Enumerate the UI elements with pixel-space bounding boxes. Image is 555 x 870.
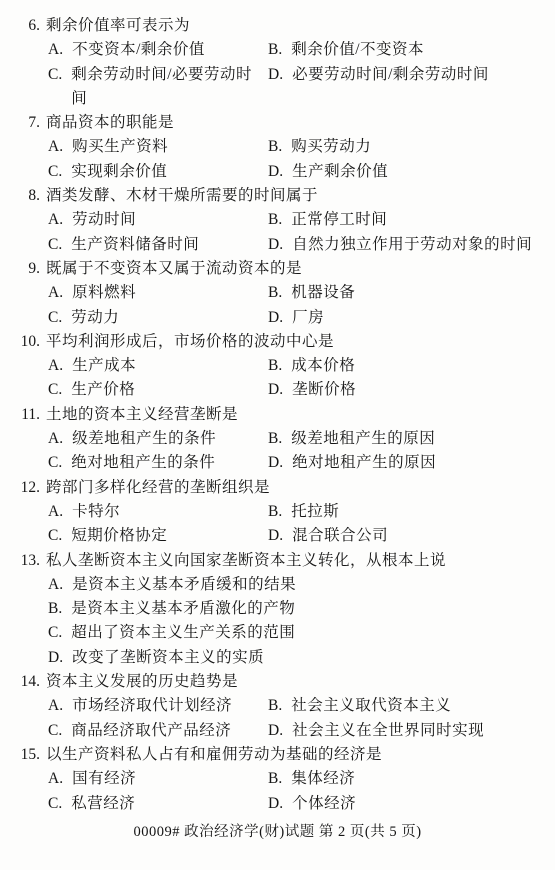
option-item: A.是资本主义基本矛盾缓和的结果 bbox=[48, 573, 555, 597]
option-item: A.国有经济 bbox=[48, 767, 268, 791]
option-label: B. bbox=[268, 135, 282, 159]
option-text: 机器设备 bbox=[291, 281, 355, 305]
option-item: D.个体经济 bbox=[268, 792, 555, 816]
option-text: 混合联合公司 bbox=[292, 524, 388, 548]
option-item: C.实现剩余价值 bbox=[48, 160, 268, 184]
question-head: 13.私人垄断资本主义向国家垄断资本主义转化，从根本上说 bbox=[0, 549, 555, 573]
option-text: 原料燃料 bbox=[72, 281, 136, 305]
option-text: 购买生产资料 bbox=[72, 135, 168, 159]
option-label: B. bbox=[268, 767, 282, 791]
option-group: A.国有经济B.集体经济C.私营经济D.个体经济 bbox=[48, 767, 555, 816]
option-item: C.超出了资本主义生产关系的范围 bbox=[48, 621, 555, 645]
option-text: 生产成本 bbox=[72, 354, 136, 378]
option-text: 自然力独立作用于劳动对象的时间 bbox=[292, 233, 532, 257]
option-item: D.社会主义在全世界同时实现 bbox=[268, 719, 555, 743]
option-item: D.生产剩余价值 bbox=[268, 160, 555, 184]
option-label: D. bbox=[268, 792, 283, 816]
option-text: 正常停工时间 bbox=[291, 208, 387, 232]
option-item: A.卡特尔 bbox=[48, 500, 268, 524]
option-group: A.原料燃料B.机器设备C.劳动力D.厂房 bbox=[48, 281, 555, 330]
option-item: B.剩余价值/不变资本 bbox=[268, 38, 555, 62]
question-head: 10.平均利润形成后，市场价格的波动中心是 bbox=[0, 330, 555, 354]
option-label: D. bbox=[268, 378, 283, 402]
option-label: C. bbox=[48, 451, 62, 475]
question-number: 8. bbox=[0, 184, 46, 208]
option-text: 托拉斯 bbox=[291, 500, 339, 524]
option-item: A.级差地租产生的条件 bbox=[48, 427, 268, 451]
option-label: A. bbox=[48, 38, 63, 62]
option-item: C.短期价格协定 bbox=[48, 524, 268, 548]
option-group: A.购买生产资料B.购买劳动力C.实现剩余价值D.生产剩余价值 bbox=[48, 135, 555, 184]
option-text: 商品经济取代产品经济 bbox=[71, 719, 231, 743]
option-text: 实现剩余价值 bbox=[71, 160, 167, 184]
option-text: 社会主义取代资本主义 bbox=[291, 694, 451, 718]
option-text: 绝对地租产生的原因 bbox=[292, 451, 436, 475]
question-list: 6.剩余价值率可表示为A.不变资本/剩余价值B.剩余价值/不变资本C.剩余劳动时… bbox=[0, 14, 555, 816]
option-text: 卡特尔 bbox=[72, 500, 120, 524]
option-label: C. bbox=[48, 378, 62, 402]
option-label: B. bbox=[268, 427, 282, 451]
option-label: D. bbox=[268, 719, 283, 743]
question-head: 14.资本主义发展的历史趋势是 bbox=[0, 670, 555, 694]
option-label: D. bbox=[268, 306, 283, 330]
question-stem: 剩余价值率可表示为 bbox=[46, 14, 555, 38]
option-group: A.级差地租产生的条件B.级差地租产生的原因C.绝对地租产生的条件D.绝对地租产… bbox=[48, 427, 555, 476]
option-text: 国有经济 bbox=[72, 767, 136, 791]
option-label: A. bbox=[48, 354, 63, 378]
option-text: 垄断价格 bbox=[292, 378, 356, 402]
question-head: 8.酒类发酵、木材干燥所需要的时间属于 bbox=[0, 184, 555, 208]
option-item: C.劳动力 bbox=[48, 306, 268, 330]
option-group: A.生产成本B.成本价格C.生产价格D.垄断价格 bbox=[48, 354, 555, 403]
question-head: 7.商品资本的职能是 bbox=[0, 111, 555, 135]
option-label: B. bbox=[268, 500, 282, 524]
question-number: 12. bbox=[0, 476, 46, 500]
option-item: A.市场经济取代计划经济 bbox=[48, 694, 268, 718]
exam-page: 6.剩余价值率可表示为A.不变资本/剩余价值B.剩余价值/不变资本C.剩余劳动时… bbox=[0, 14, 555, 816]
question-number: 7. bbox=[0, 111, 46, 135]
option-text: 剩余价值/不变资本 bbox=[291, 38, 424, 62]
option-text: 级差地租产生的条件 bbox=[72, 427, 216, 451]
option-item: A.生产成本 bbox=[48, 354, 268, 378]
question-stem: 以生产资料私人占有和雇佣劳动为基础的经济是 bbox=[46, 743, 555, 767]
question-head: 15.以生产资料私人占有和雇佣劳动为基础的经济是 bbox=[0, 743, 555, 767]
option-label: B. bbox=[268, 354, 282, 378]
option-item: A.不变资本/剩余价值 bbox=[48, 38, 268, 62]
question-stem: 既属于不变资本又属于流动资本的是 bbox=[46, 257, 555, 281]
option-label: C. bbox=[48, 524, 62, 548]
option-item: B.集体经济 bbox=[268, 767, 555, 791]
question-number: 11. bbox=[0, 403, 46, 427]
question-number: 13. bbox=[0, 549, 46, 573]
question-block: 7.商品资本的职能是A.购买生产资料B.购买劳动力C.实现剩余价值D.生产剩余价… bbox=[0, 111, 555, 184]
option-item: D.厂房 bbox=[268, 306, 555, 330]
option-text: 劳动时间 bbox=[72, 208, 136, 232]
option-item: C.生产价格 bbox=[48, 378, 268, 402]
option-text: 私营经济 bbox=[71, 792, 135, 816]
option-item: D.自然力独立作用于劳动对象的时间 bbox=[268, 233, 555, 257]
question-block: 10.平均利润形成后，市场价格的波动中心是A.生产成本B.成本价格C.生产价格D… bbox=[0, 330, 555, 403]
option-item: B.成本价格 bbox=[268, 354, 555, 378]
option-text: 生产资料储备时间 bbox=[71, 233, 199, 257]
question-head: 12.跨部门多样化经营的垄断组织是 bbox=[0, 476, 555, 500]
question-block: 14.资本主义发展的历史趋势是A.市场经济取代计划经济B.社会主义取代资本主义C… bbox=[0, 670, 555, 743]
option-item: C.商品经济取代产品经济 bbox=[48, 719, 268, 743]
question-head: 9.既属于不变资本又属于流动资本的是 bbox=[0, 257, 555, 281]
question-stem: 商品资本的职能是 bbox=[46, 111, 555, 135]
option-item: A.购买生产资料 bbox=[48, 135, 268, 159]
option-text: 必要劳动时间/剩余劳动时间 bbox=[292, 63, 489, 87]
option-label: D. bbox=[268, 160, 283, 184]
option-item: C.绝对地租产生的条件 bbox=[48, 451, 268, 475]
option-text: 生产剩余价值 bbox=[292, 160, 388, 184]
question-stem: 平均利润形成后，市场价格的波动中心是 bbox=[46, 330, 555, 354]
option-item: C.生产资料储备时间 bbox=[48, 233, 268, 257]
question-number: 6. bbox=[0, 14, 46, 38]
option-label: C. bbox=[48, 306, 62, 330]
question-block: 6.剩余价值率可表示为A.不变资本/剩余价值B.剩余价值/不变资本C.剩余劳动时… bbox=[0, 14, 555, 111]
option-label: A. bbox=[48, 208, 63, 232]
question-stem: 跨部门多样化经营的垄断组织是 bbox=[46, 476, 555, 500]
option-item: B.购买劳动力 bbox=[268, 135, 555, 159]
question-block: 11.土地的资本主义经营垄断是A.级差地租产生的条件B.级差地租产生的原因C.绝… bbox=[0, 403, 555, 476]
option-text: 社会主义在全世界同时实现 bbox=[292, 719, 484, 743]
option-item: D.绝对地租产生的原因 bbox=[268, 451, 555, 475]
option-label: C. bbox=[48, 160, 62, 184]
option-text: 个体经济 bbox=[292, 792, 356, 816]
question-number: 9. bbox=[0, 257, 46, 281]
option-label: D. bbox=[268, 233, 283, 257]
question-number: 14. bbox=[0, 670, 46, 694]
page-footer: 00009# 政治经济学(财)试题 第 2 页(共 5 页) bbox=[0, 820, 555, 841]
option-text: 市场经济取代计划经济 bbox=[72, 694, 232, 718]
option-label: C. bbox=[48, 621, 62, 645]
option-item: B.社会主义取代资本主义 bbox=[268, 694, 555, 718]
option-item: B.级差地租产生的原因 bbox=[268, 427, 555, 451]
question-block: 9.既属于不变资本又属于流动资本的是A.原料燃料B.机器设备C.劳动力D.厂房 bbox=[0, 257, 555, 330]
option-item: C.私营经济 bbox=[48, 792, 268, 816]
option-item: D.垄断价格 bbox=[268, 378, 555, 402]
question-number: 15. bbox=[0, 743, 46, 767]
option-label: C. bbox=[48, 233, 62, 257]
option-item: D.改变了垄断资本主义的实质 bbox=[48, 646, 555, 670]
option-text: 短期价格协定 bbox=[71, 524, 167, 548]
option-item: D.混合联合公司 bbox=[268, 524, 555, 548]
option-text: 级差地租产生的原因 bbox=[291, 427, 435, 451]
option-group: A.不变资本/剩余价值B.剩余价值/不变资本C.剩余劳动时间/必要劳动时间D.必… bbox=[48, 38, 555, 111]
option-label: A. bbox=[48, 281, 63, 305]
option-label: A. bbox=[48, 427, 63, 451]
option-label: D. bbox=[268, 524, 283, 548]
option-text: 劳动力 bbox=[71, 306, 119, 330]
option-text: 绝对地租产生的条件 bbox=[71, 451, 215, 475]
option-label: C. bbox=[48, 792, 62, 816]
option-text: 是资本主义基本矛盾缓和的结果 bbox=[72, 573, 296, 597]
option-item: B.机器设备 bbox=[268, 281, 555, 305]
option-label: B. bbox=[268, 38, 282, 62]
option-item: A.劳动时间 bbox=[48, 208, 268, 232]
option-text: 超出了资本主义生产关系的范围 bbox=[71, 621, 295, 645]
question-head: 6.剩余价值率可表示为 bbox=[0, 14, 555, 38]
option-text: 生产价格 bbox=[71, 378, 135, 402]
option-label: A. bbox=[48, 694, 63, 718]
option-text: 不变资本/剩余价值 bbox=[72, 38, 205, 62]
option-group: A.是资本主义基本矛盾缓和的结果B.是资本主义基本矛盾激化的产物C.超出了资本主… bbox=[48, 573, 555, 670]
option-group: A.市场经济取代计划经济B.社会主义取代资本主义C.商品经济取代产品经济D.社会… bbox=[48, 694, 555, 743]
option-label: B. bbox=[48, 597, 62, 621]
option-item: B.是资本主义基本矛盾激化的产物 bbox=[48, 597, 555, 621]
question-block: 13.私人垄断资本主义向国家垄断资本主义转化，从根本上说A.是资本主义基本矛盾缓… bbox=[0, 549, 555, 670]
option-group: A.卡特尔B.托拉斯C.短期价格协定D.混合联合公司 bbox=[48, 500, 555, 549]
option-text: 集体经济 bbox=[291, 767, 355, 791]
question-stem: 私人垄断资本主义向国家垄断资本主义转化，从根本上说 bbox=[46, 549, 555, 573]
question-block: 15.以生产资料私人占有和雇佣劳动为基础的经济是A.国有经济B.集体经济C.私营… bbox=[0, 743, 555, 816]
question-stem: 酒类发酵、木材干燥所需要的时间属于 bbox=[46, 184, 555, 208]
option-label: C. bbox=[48, 63, 62, 87]
option-item: B.正常停工时间 bbox=[268, 208, 555, 232]
question-stem: 资本主义发展的历史趋势是 bbox=[46, 670, 555, 694]
option-text: 厂房 bbox=[292, 306, 324, 330]
option-label: A. bbox=[48, 573, 63, 597]
option-label: D. bbox=[268, 63, 283, 87]
option-label: D. bbox=[268, 451, 283, 475]
option-text: 购买劳动力 bbox=[291, 135, 371, 159]
question-block: 8.酒类发酵、木材干燥所需要的时间属于A.劳动时间B.正常停工时间C.生产资料储… bbox=[0, 184, 555, 257]
option-text: 是资本主义基本矛盾激化的产物 bbox=[71, 597, 295, 621]
question-stem: 土地的资本主义经营垄断是 bbox=[46, 403, 555, 427]
option-item: B.托拉斯 bbox=[268, 500, 555, 524]
option-text: 改变了垄断资本主义的实质 bbox=[72, 646, 264, 670]
option-label: A. bbox=[48, 135, 63, 159]
option-label: B. bbox=[268, 281, 282, 305]
option-item: D.必要劳动时间/剩余劳动时间 bbox=[268, 63, 555, 112]
question-number: 10. bbox=[0, 330, 46, 354]
option-label: A. bbox=[48, 767, 63, 791]
question-head: 11.土地的资本主义经营垄断是 bbox=[0, 403, 555, 427]
option-label: C. bbox=[48, 719, 62, 743]
option-label: D. bbox=[48, 646, 63, 670]
option-label: B. bbox=[268, 208, 282, 232]
option-group: A.劳动时间B.正常停工时间C.生产资料储备时间D.自然力独立作用于劳动对象的时… bbox=[48, 208, 555, 257]
option-text: 成本价格 bbox=[291, 354, 355, 378]
option-label: B. bbox=[268, 694, 282, 718]
option-text: 剩余劳动时间/必要劳动时间 bbox=[71, 63, 268, 112]
option-item: A.原料燃料 bbox=[48, 281, 268, 305]
option-label: A. bbox=[48, 500, 63, 524]
question-block: 12.跨部门多样化经营的垄断组织是A.卡特尔B.托拉斯C.短期价格协定D.混合联… bbox=[0, 476, 555, 549]
option-item: C.剩余劳动时间/必要劳动时间 bbox=[48, 63, 268, 112]
